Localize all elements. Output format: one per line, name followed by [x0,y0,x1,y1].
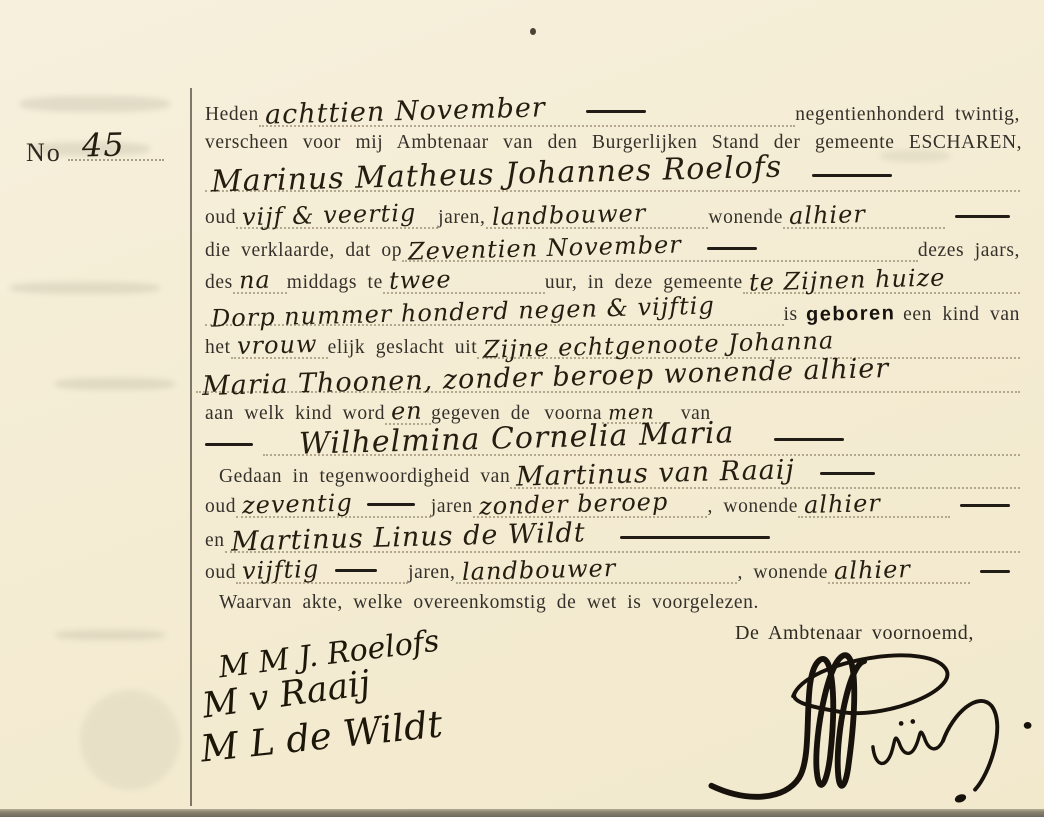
printed-oud2: oud [205,496,236,518]
witness1-blank: Martinus van Raaij [510,460,1020,489]
printed-jaren2: jaren [431,496,473,518]
line-witness1-details: oud zeventig jaren zonder beroep , wonen… [205,492,1020,518]
hand-residence: alhier [789,202,866,228]
witness2-residence-blank: alhier [828,558,970,584]
ink-dash [820,472,875,475]
line-date: Heden achttien November negentienhonderd… [205,98,1020,127]
printed-dezes-jaars: dezes jaars, [918,240,1020,262]
mother2-blank: Maria Thoonen, zonder beroep wonende alh… [196,364,1020,393]
ink-speck [530,28,536,35]
hand-witness1-occupation: zonder beroep [479,490,669,519]
hour-blank: twee [383,268,545,294]
witness2-occupation-blank: landbouwer [456,558,738,584]
printed-jaren3: jaren, [408,562,455,584]
line-address-born: Dorp nummer honderd negen & vijftig is g… [205,300,1020,326]
ink-dash [960,504,1010,507]
line-closing-statement: Waarvan akte, welke overeenkomstig de we… [205,592,1020,614]
hand-word-suffix: en [391,399,423,424]
sex-blank: vrouw [231,333,328,359]
bleedthrough-smudge [20,96,170,112]
line-declarant-details: oud vijf & veertig jaren, landbouwer won… [205,203,1020,229]
hand-voor-na: na [238,268,270,293]
hand-witness2-occupation: landbouwer [461,556,616,584]
ink-dash [205,443,253,446]
line-birth-date: die verklaarde, dat op Zeventien Novembe… [205,236,1020,262]
ink-dash [812,174,892,177]
witness2-age-blank: vijftig [236,558,408,584]
act-number-field: No45 [26,138,176,168]
printed-year: negentienhonderd twintig, [795,104,1020,126]
birth-certificate-scan: No45 Heden achttien November negentienho… [0,0,1044,817]
line-sex-mother: het vrouw elijk geslacht uit Zijne echtg… [205,333,1020,359]
printed-verklaarde: die verklaarde, dat op [205,240,402,262]
ink-dash [774,438,844,441]
printed-jaren: jaren, [438,207,485,229]
line-witness1: Gedaan in tegenwoordigheid van Martinus … [205,460,1020,489]
ink-dash [586,110,646,113]
printed-oud3: oud [205,562,236,584]
line-mother-continued: Maria Thoonen, zonder beroep wonende alh… [196,364,1020,400]
printed-en: en [205,530,225,552]
ink-dash [980,570,1010,573]
hand-witness1-residence: alhier [804,491,881,517]
mother-blank: Zijne echtgenoote Johanna [477,333,1020,359]
hand-hour: twee [389,267,452,293]
ink-dash [335,569,377,572]
line-witness2-details: oud vijftig jaren, landbouwer , wonende … [205,558,1020,584]
birthdate-blank: Zeventien November [402,236,918,262]
hand-occupation: landbouwer [491,201,646,229]
hand-date: achttien November [265,94,546,128]
printed-middags: middags te [287,272,383,294]
printed-waarvan-akte: Waarvan akte, welke overeenkomstig de we… [219,592,759,614]
date-blank: achttien November [259,98,795,127]
hand-child-name: Wilhelmina Cornelia Maria [299,418,735,459]
printed-is: is [784,304,798,326]
occupation-blank: landbouwer [486,203,709,229]
witness1-occupation-blank: zonder beroep [473,492,708,518]
margin-divider-line [190,88,192,806]
voor-na-blank: na [233,268,287,294]
hand-witness2-age: vijftig [242,557,320,583]
official-signature [695,632,1044,812]
act-number-blank: 45 [68,159,164,161]
printed-oud: oud [205,207,236,229]
ink-dash [955,215,1010,218]
hand-age: vijf & veertig [242,201,417,230]
hand-house: te Zijnen huize [748,265,945,294]
ink-dash [620,536,770,539]
witness1-age-blank: zeventig [236,492,431,518]
printed-geslacht-uit: elijk geslacht uit [328,337,478,359]
printed-kind-van: een kind van [903,304,1020,326]
word-suffix-blank: en [385,399,431,425]
residence-blank: alhier [783,203,945,229]
hand-witness2-residence: alhier [834,557,911,583]
act-number-value: 45 [81,128,125,161]
witness1-residence-blank: alhier [798,492,950,518]
bleedthrough-smudge [55,630,165,640]
bleedthrough-smudge [55,378,175,390]
age-blank: vijf & veertig [236,203,438,229]
hand-birth-date: Zeventien November [408,232,682,263]
child-name-blank: Wilhelmina Cornelia Maria [263,424,1020,456]
printed-des: des [205,272,233,294]
declarant-blank: Marinus Matheus Johannes Roelofs [205,160,1020,192]
bleedthrough-smudge [10,282,160,294]
ink-dash [707,247,757,250]
line-birth-time: des na middags te twee uur, in deze geme… [205,268,1020,294]
house-blank: te Zijnen huize [743,268,1020,294]
printed-wonende3: , wonende [737,562,828,584]
printed-wonende: wonende [708,207,783,229]
line-child-name: Wilhelmina Cornelia Maria [205,424,1020,464]
printed-gedaan: Gedaan in tegenwoordigheid van [219,466,510,488]
printed-het: het [205,337,231,359]
line-declarant-name: Marinus Matheus Johannes Roelofs [205,160,1020,200]
bleedthrough-smudge [80,690,180,790]
ink-dash [367,503,415,506]
address-blank: Dorp nummer honderd negen & vijftig [205,300,784,326]
printed-wonende2: , wonende [707,496,798,518]
printed-registrar: verscheen voor mij Ambtenaar van den Bur… [205,132,1022,154]
witness2-blank: Martinus Linus de Wildt [225,524,1020,553]
printed-aan-welk-kind: aan welk kind word [205,403,385,425]
geboren-stamp: geboren [806,302,896,327]
hand-sex: vrouw [236,332,317,358]
hand-mother-continued: Maria Thoonen, zonder beroep wonende alh… [202,355,890,400]
printed-heden: Heden [205,104,259,126]
line-registrar: verscheen voor mij Ambtenaar van den Bur… [205,132,1020,154]
act-number-label: No [26,138,62,167]
hand-witness2-name: Martinus Linus de Wildt [230,519,585,555]
hand-witness1-age: zeventig [242,491,353,518]
hand-witness1-name: Martinus van Raaij [516,456,795,490]
hand-declarant-name: Marinus Matheus Johannes Roelofs [211,153,783,198]
hand-address: Dorp nummer honderd negen & vijftig [211,293,715,330]
